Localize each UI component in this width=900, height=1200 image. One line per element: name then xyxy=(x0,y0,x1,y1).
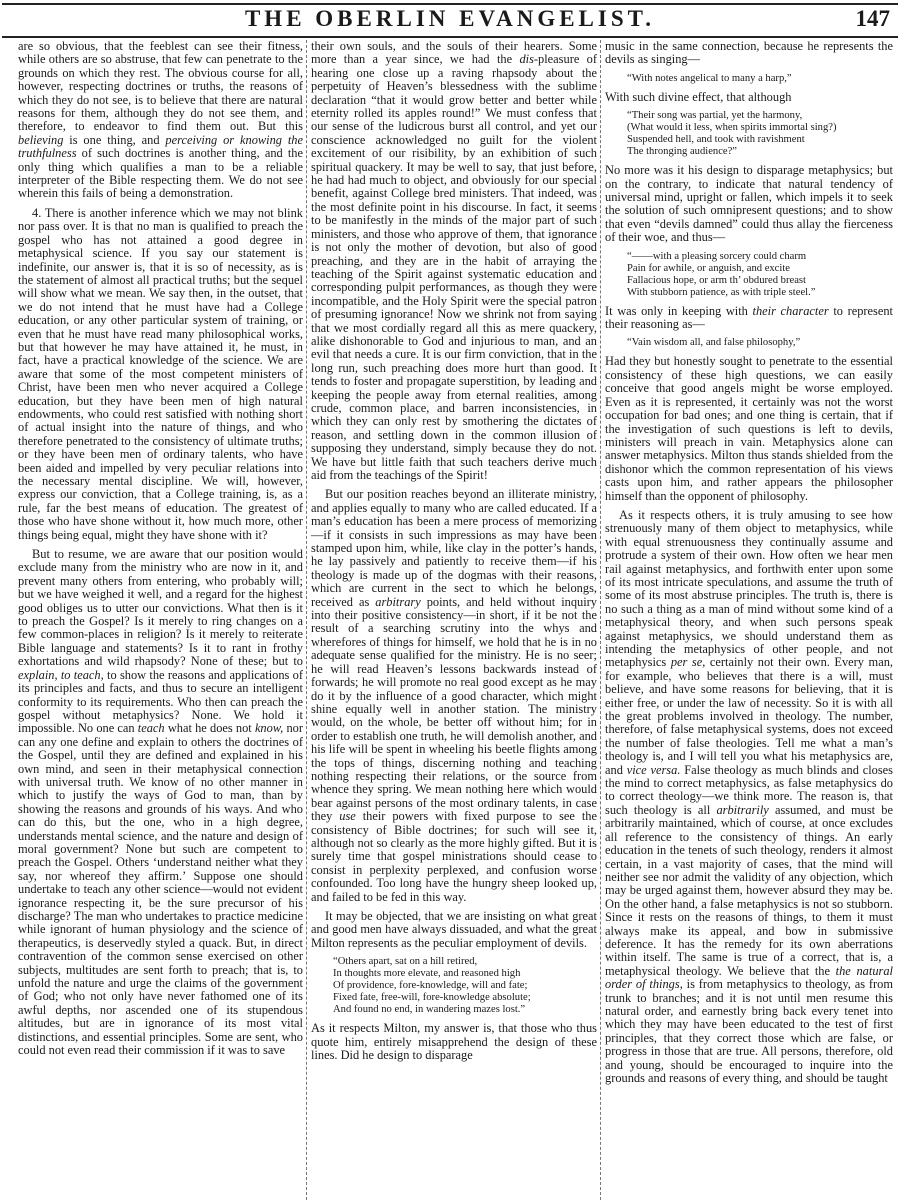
text-run: It may be objected, that we are insistin… xyxy=(311,909,597,950)
italic-text: use xyxy=(339,809,356,823)
text-run: what he does not xyxy=(165,721,255,735)
verse-line: The thronging audience?” xyxy=(627,146,893,158)
column-1: are so obvious, that the feeblest can se… xyxy=(18,40,303,1200)
column-divider xyxy=(306,40,307,1200)
italic-text: per se xyxy=(671,655,702,669)
text-run: As it respects others, it is truly amusi… xyxy=(605,508,893,669)
text-run: is one thing, and xyxy=(63,133,165,147)
text-run: is from metaphysics to theology, as from… xyxy=(605,977,893,1085)
verse-line: “Vain wisdom all, and false philosophy,” xyxy=(627,337,893,349)
text-run: With such divine effect, that although xyxy=(605,90,791,104)
verse-line: Pain for awhile, or anguish, and excite xyxy=(627,263,893,275)
italic-text: arbitrarily xyxy=(716,803,768,817)
verse-quote: “——with a pleasing sorcery could charmPa… xyxy=(627,251,893,299)
italic-text: vice versa. xyxy=(627,763,681,777)
paragraph: are so obvious, that the feeblest can se… xyxy=(18,40,303,201)
paragraph: No more was it his design to disparage m… xyxy=(605,164,893,244)
paragraph: Had they but honestly sought to penetrat… xyxy=(605,355,893,502)
verse-line: Of providence, fore-knowledge, will and … xyxy=(333,980,597,992)
column-2: their own souls, and the souls of their … xyxy=(311,40,597,1200)
text-run: music in the same connection, because he… xyxy=(605,39,893,66)
italic-text: arbitrary xyxy=(375,595,420,609)
paragraph: As it respects others, it is truly amusi… xyxy=(605,509,893,1085)
text-run: points, and held without inquiry into th… xyxy=(311,595,597,824)
verse-line: In thoughts more elevate, and reasoned h… xyxy=(333,968,597,980)
verse-quote: “Others apart, sat on a hill retired,In … xyxy=(333,956,597,1016)
text-run: 4. There is another inference which we m… xyxy=(18,206,303,542)
verse-quote: “Vain wisdom all, and false philosophy,” xyxy=(627,337,893,349)
verse-quote: “Their song was partial, yet the harmony… xyxy=(627,110,893,158)
masthead: THE OBERLIN EVANGELIST. 147 xyxy=(0,6,900,32)
verse-line: And found no end, in wandering mazes los… xyxy=(333,1004,597,1016)
verse-line: Fixed fate, free-will, fore-knowledge ab… xyxy=(333,992,597,1004)
paragraph: As it respects Milton, my answer is, tha… xyxy=(311,1022,597,1062)
verse-line: (What would it less, when spirits immort… xyxy=(627,122,893,134)
italic-text: know, xyxy=(255,721,283,735)
column-divider xyxy=(600,40,601,1200)
paragraph: With such divine effect, that although xyxy=(605,91,893,104)
column-3: music in the same connection, because he… xyxy=(605,40,893,1200)
italic-text: believing xyxy=(18,133,63,147)
text-run: , certainly not their own. Every man, fo… xyxy=(605,655,893,776)
paragraph: 4. There is another inference which we m… xyxy=(18,207,303,542)
paragraph: music in the same connection, because he… xyxy=(605,40,893,67)
verse-line: With stubborn patience, as with triple s… xyxy=(627,287,893,299)
text-run: assumed, and must be arbitrarily maintai… xyxy=(605,803,893,978)
verse-line: “Their song was partial, yet the harmony… xyxy=(627,110,893,122)
text-run: As it respects Milton, my answer is, tha… xyxy=(311,1021,597,1062)
verse-line: “Others apart, sat on a hill retired, xyxy=(333,956,597,968)
italic-text: their character xyxy=(753,304,829,318)
verse-quote: “With notes angelical to many a harp,” xyxy=(627,73,893,85)
text-run: But to resume, we are aware that our pos… xyxy=(18,547,303,668)
header-rule xyxy=(2,36,898,38)
verse-line: Suspended hell, and took with ravishment xyxy=(627,134,893,146)
article-columns: are so obvious, that the feeblest can se… xyxy=(0,40,900,1200)
verse-line: Fallacious hope, or arm th’ obdured brea… xyxy=(627,275,893,287)
paragraph: their own souls, and the souls of their … xyxy=(311,40,597,482)
publication-title: THE OBERLIN EVANGELIST. xyxy=(0,6,900,32)
text-run: No more was it his design to disparage m… xyxy=(605,163,893,244)
text-run: Had they but honestly sought to penetrat… xyxy=(605,354,893,502)
verse-line: “——with a pleasing sorcery could charm xyxy=(627,251,893,263)
verse-line: “With notes angelical to many a harp,” xyxy=(627,73,893,85)
top-rule xyxy=(2,3,898,5)
text-run: But our position reaches beyond an illit… xyxy=(311,487,597,608)
paragraph: But to resume, we are aware that our pos… xyxy=(18,548,303,1057)
italic-text: dis xyxy=(519,52,533,66)
text-run: their powers with fixed purpose to see t… xyxy=(311,809,597,903)
text-run: are so obvious, that the feeblest can se… xyxy=(18,39,303,133)
paragraph: It was only in keeping with their charac… xyxy=(605,305,893,332)
italic-text: teach xyxy=(138,721,165,735)
paragraph: But our position reaches beyond an illit… xyxy=(311,488,597,904)
italic-text: explain, to teach, xyxy=(18,668,104,682)
text-run: It was only in keeping with xyxy=(605,304,753,318)
page-number: 147 xyxy=(856,6,891,32)
text-run: -pleasure of hearing one close up a ravi… xyxy=(311,52,597,482)
paragraph: It may be objected, that we are insistin… xyxy=(311,910,597,950)
text-run: nor can any one define and explain to ot… xyxy=(18,721,303,1057)
